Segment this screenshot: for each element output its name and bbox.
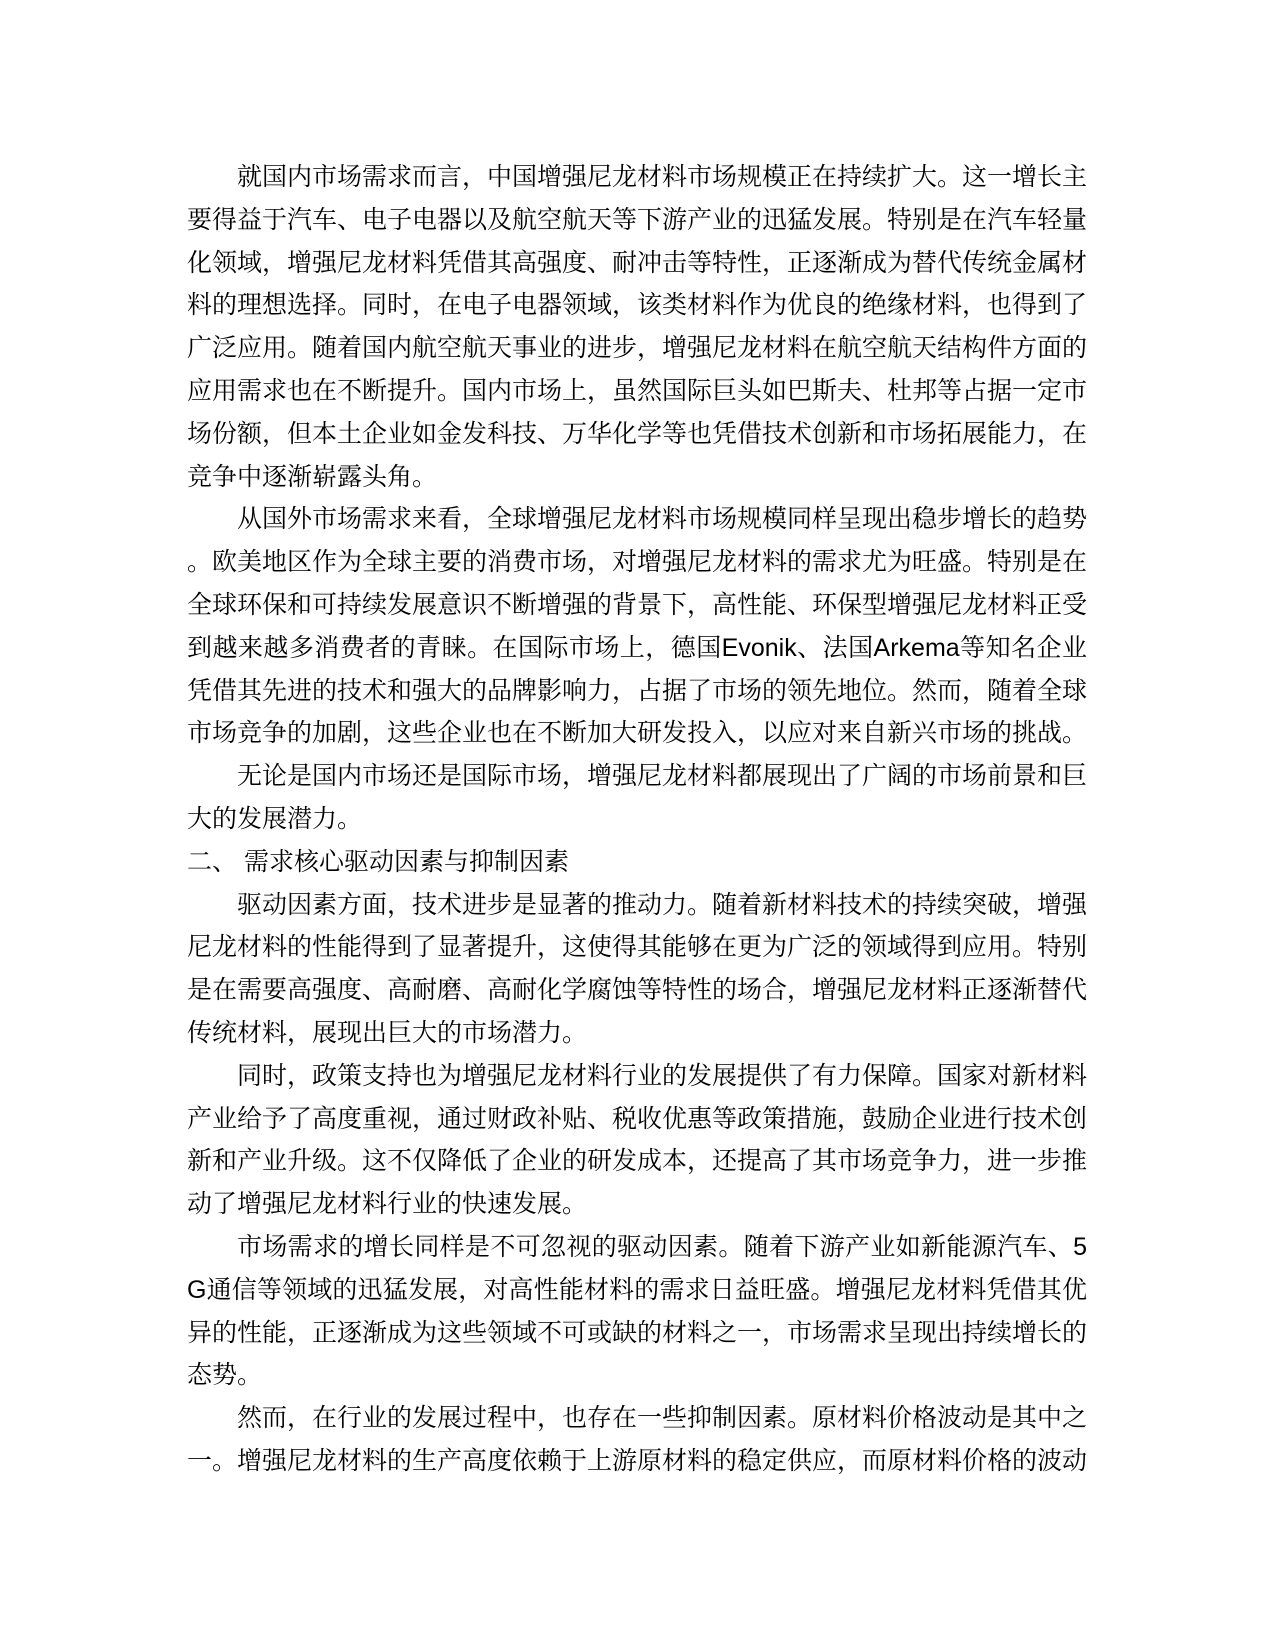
text-line-25: 动了增强尼龙材料行业的快速发展。 <box>187 1183 1087 1226</box>
text-line-23: 产业给予了高度重视，通过财政补贴、税收优惠等政策措施，鼓励企业进行技术创 <box>187 1098 1087 1141</box>
text-line-4: 料的理想选择。同时，在电子电器领域，该类材料作为优良的绝缘材料，也得到了 <box>187 284 1087 327</box>
text-line-28: 异的性能，正逐渐成为这些领域不可或缺的材料之一，市场需求呈现出持续增长的 <box>187 1312 1087 1355</box>
text-line-20: 是在需要高强度、高耐磨、高耐化学腐蚀等特性的场合，增强尼龙材料正逐渐替代 <box>187 969 1087 1012</box>
text-line-7: 场份额，但本土企业如金发科技、万华化学等也凭借技术创新和市场拓展能力，在 <box>187 413 1087 456</box>
document-page: 就国内市场需求而言，中国增强尼龙材料市场规模正在持续扩大。这一增长主要得益于汽车… <box>0 0 1275 1650</box>
text-line-12: 到越来越多消费者的青睐。在国际市场上，德国Evonik、法国Arkema等知名企… <box>187 627 1087 670</box>
text-line-16: 大的发展潜力。 <box>187 798 1087 841</box>
text-line-10: 。欧美地区作为全球主要的消费市场，对增强尼龙材料的需求尤为旺盛。特别是在 <box>187 541 1087 584</box>
text-line-1: 就国内市场需求而言，中国增强尼龙材料市场规模正在持续扩大。这一增长主 <box>187 156 1087 199</box>
text-line-27: G通信等领域的迅猛发展，对高性能材料的需求日益旺盛。增强尼龙材料凭借其优 <box>187 1269 1087 1312</box>
text-line-30: 然而，在行业的发展过程中，也存在一些抑制因素。原材料价格波动是其中之 <box>187 1397 1087 1440</box>
text-line-15: 无论是国内市场还是国际市场，增强尼龙材料都展现出了广阔的市场前景和巨 <box>187 755 1087 798</box>
text-line-31: 一。增强尼龙材料的生产高度依赖于上游原材料的稳定供应，而原材料价格的波动 <box>187 1440 1087 1483</box>
text-line-2: 要得益于汽车、电子电器以及航空航天等下游产业的迅猛发展。特别是在汽车轻量 <box>187 199 1087 242</box>
text-line-19: 尼龙材料的性能得到了显著提升，这使得其能够在更为广泛的领域得到应用。特别 <box>187 926 1087 969</box>
text-line-8: 竞争中逐渐崭露头角。 <box>187 456 1087 499</box>
text-line-5: 广泛应用。随着国内航空航天事业的进步，增强尼龙材料在航空航天结构件方面的 <box>187 327 1087 370</box>
text-line-26: 市场需求的增长同样是不可忽视的驱动因素。随着下游产业如新能源汽车、5 <box>187 1226 1087 1269</box>
text-line-9: 从国外市场需求来看，全球增强尼龙材料市场规模同样呈现出稳步增长的趋势 <box>187 498 1087 541</box>
text-line-13: 凭借其先进的技术和强大的品牌影响力，占据了市场的领先地位。然而，随着全球 <box>187 670 1087 713</box>
text-line-14: 市场竞争的加剧，这些企业也在不断加大研发投入，以应对来自新兴市场的挑战。 <box>187 712 1087 755</box>
text-line-29: 态势。 <box>187 1354 1087 1397</box>
text-line-6: 应用需求也在不断提升。国内市场上，虽然国际巨头如巴斯夫、杜邦等占据一定市 <box>187 370 1087 413</box>
text-line-24: 新和产业升级。这不仅降低了企业的研发成本，还提高了其市场竞争力，进一步推 <box>187 1140 1087 1183</box>
text-line-22: 同时，政策支持也为增强尼龙材料行业的发展提供了有力保障。国家对新材料 <box>187 1055 1087 1098</box>
text-line-21: 传统材料，展现出巨大的市场潜力。 <box>187 1012 1087 1055</box>
text-block: 就国内市场需求而言，中国增强尼龙材料市场规模正在持续扩大。这一增长主要得益于汽车… <box>187 156 1087 1483</box>
section-heading: 二、 需求核心驱动因素与抑制因素 <box>187 841 1087 884</box>
text-line-11: 全球环保和可持续发展意识不断增强的背景下，高性能、环保型增强尼龙材料正受 <box>187 584 1087 627</box>
text-line-3: 化领域，增强尼龙材料凭借其高强度、耐冲击等特性，正逐渐成为替代传统金属材 <box>187 242 1087 285</box>
text-line-18: 驱动因素方面，技术进步是显著的推动力。随着新材料技术的持续突破，增强 <box>187 884 1087 927</box>
